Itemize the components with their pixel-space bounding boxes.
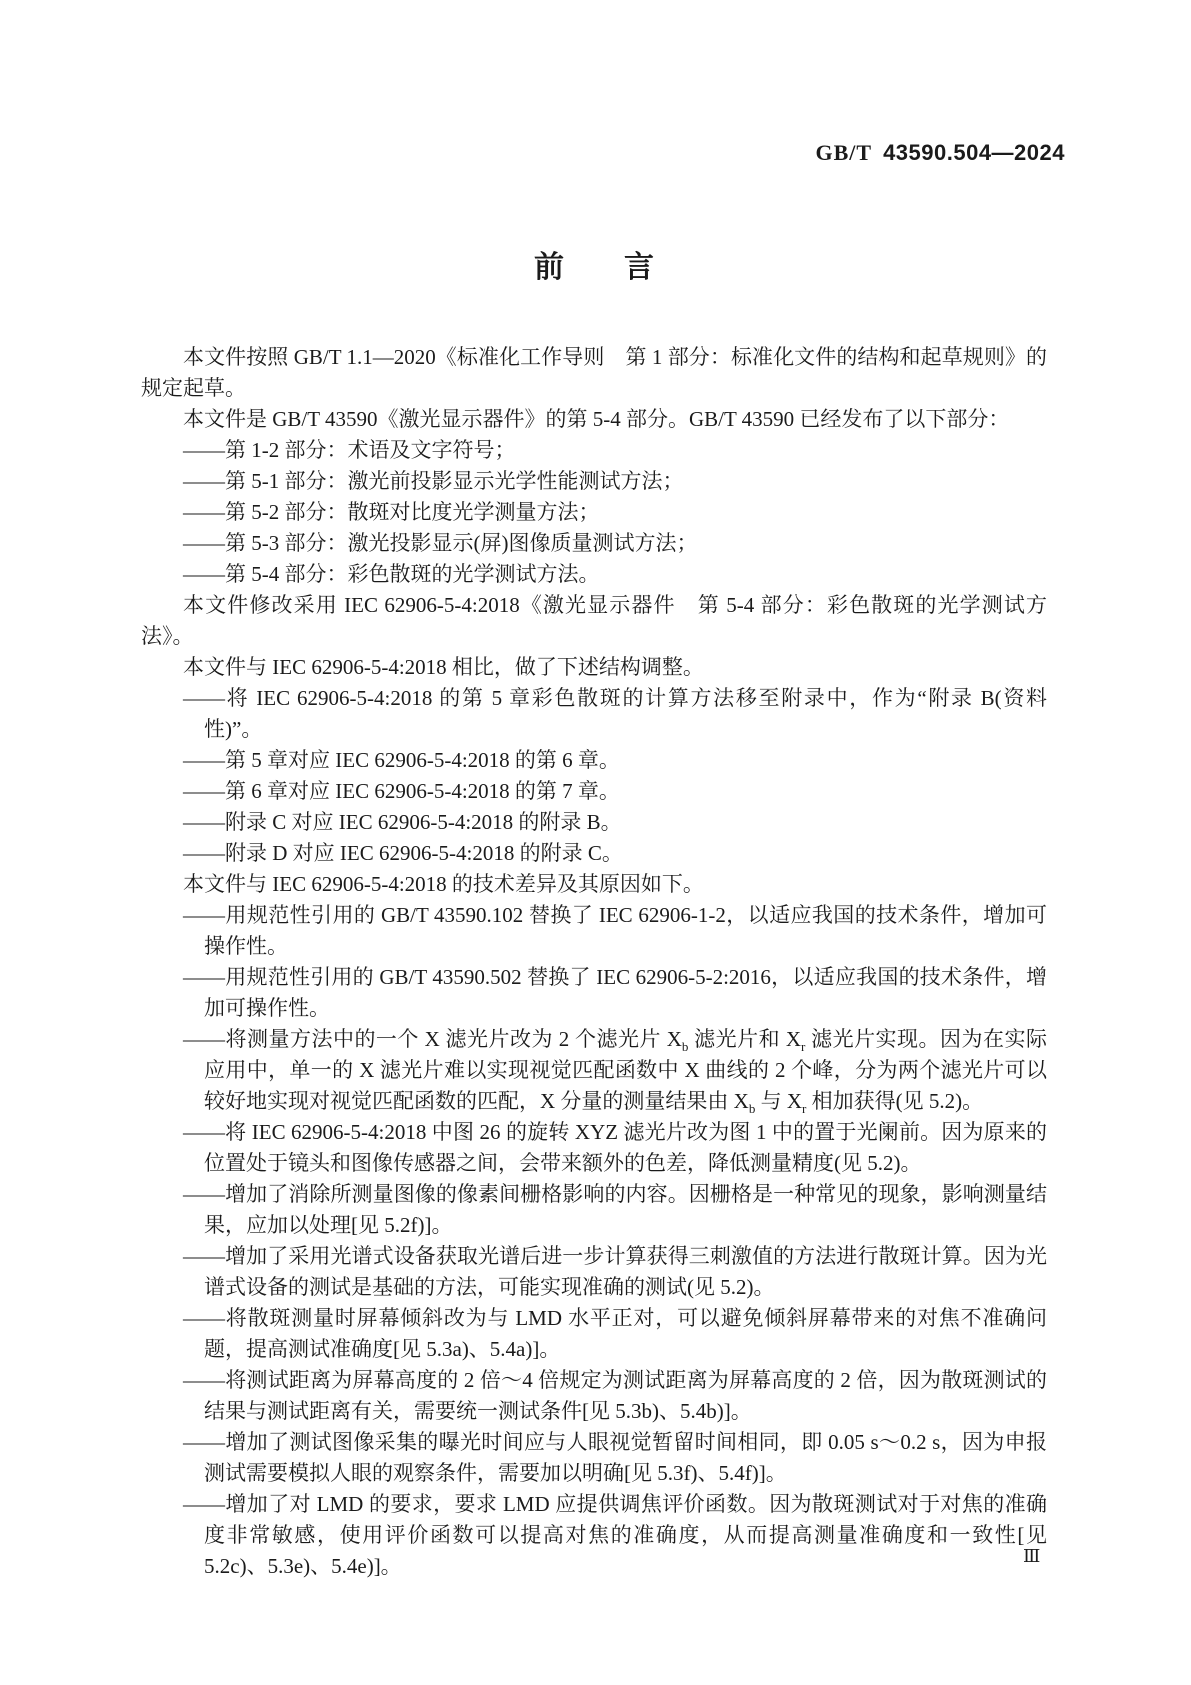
standard-code: GB/T 43590.504—2024	[815, 140, 1065, 166]
dash-item: ——将 IEC 62906-5-4:2018 中图 26 的旋转 XYZ 滤光片…	[141, 1117, 1047, 1179]
dash-item: ——第 5-2 部分：散斑对比度光学测量方法；	[141, 497, 1047, 528]
dash-item: ——增加了消除所测量图像的像素间栅格影响的内容。因栅格是一种常见的现象，影响测量…	[141, 1179, 1047, 1241]
standard-code-prefix: GB/T	[815, 140, 872, 166]
page-number: Ⅲ	[1023, 1546, 1041, 1567]
dash-item: ——将 IEC 62906-5-4:2018 的第 5 章彩色散斑的计算方法移至…	[141, 683, 1047, 745]
dash-item: ——将散斑测量时屏幕倾斜改为与 LMD 水平正对，可以避免倾斜屏幕带来的对焦不准…	[141, 1303, 1047, 1365]
dash-item: ——用规范性引用的 GB/T 43590.502 替换了 IEC 62906-5…	[141, 962, 1047, 1024]
dash-item: ——第 5-1 部分：激光前投影显示光学性能测试方法；	[141, 466, 1047, 497]
dash-item: ——增加了对 LMD 的要求，要求 LMD 应提供调焦评价函数。因为散斑测试对于…	[141, 1489, 1047, 1582]
paragraph: 本文件是 GB/T 43590《激光显示器件》的第 5-4 部分。GB/T 43…	[141, 404, 1047, 435]
dash-item: ——第 5 章对应 IEC 62906-5-4:2018 的第 6 章。	[141, 745, 1047, 776]
dash-item: ——附录 C 对应 IEC 62906-5-4:2018 的附录 B。	[141, 807, 1047, 838]
dash-item: ——用规范性引用的 GB/T 43590.102 替换了 IEC 62906-1…	[141, 900, 1047, 962]
dash-item: ——第 1-2 部分：术语及文字符号；	[141, 435, 1047, 466]
page-title: 前 言	[141, 242, 1047, 286]
paragraph: 本文件修改采用 IEC 62906-5-4:2018《激光显示器件 第 5-4 …	[141, 590, 1047, 652]
dash-item: ——增加了测试图像采集的曝光时间应与人眼视觉暂留时间相同，即 0.05 s～0.…	[141, 1427, 1047, 1489]
dash-item: ——将测量方法中的一个 X 滤光片改为 2 个滤光片 Xb 滤光片和 Xr 滤光…	[141, 1024, 1047, 1117]
document-page: GB/T 43590.504—2024 前 言 本文件按照 GB/T 1.1—2…	[0, 0, 1191, 1685]
paragraph: 本文件与 IEC 62906-5-4:2018 相比，做了下述结构调整。	[141, 652, 1047, 683]
dash-item: ——第 5-3 部分：激光投影显示(屏)图像质量测试方法；	[141, 528, 1047, 559]
paragraph: 本文件按照 GB/T 1.1—2020《标准化工作导则 第 1 部分：标准化文件…	[141, 342, 1047, 404]
dash-item: ——附录 D 对应 IEC 62906-5-4:2018 的附录 C。	[141, 838, 1047, 869]
standard-code-number: 43590.504—2024	[883, 140, 1065, 166]
dash-item: ——第 6 章对应 IEC 62906-5-4:2018 的第 7 章。	[141, 776, 1047, 807]
dash-item: ——第 5-4 部分：彩色散斑的光学测试方法。	[141, 559, 1047, 590]
foreword-paragraphs: 本文件按照 GB/T 1.1—2020《标准化工作导则 第 1 部分：标准化文件…	[141, 342, 1047, 1582]
dash-item: ——将测试距离为屏幕高度的 2 倍～4 倍规定为测试距离为屏幕高度的 2 倍，因…	[141, 1365, 1047, 1427]
paragraph: 本文件与 IEC 62906-5-4:2018 的技术差异及其原因如下。	[141, 869, 1047, 900]
dash-item: ——增加了采用光谱式设备获取光谱后进一步计算获得三刺激值的方法进行散斑计算。因为…	[141, 1241, 1047, 1303]
